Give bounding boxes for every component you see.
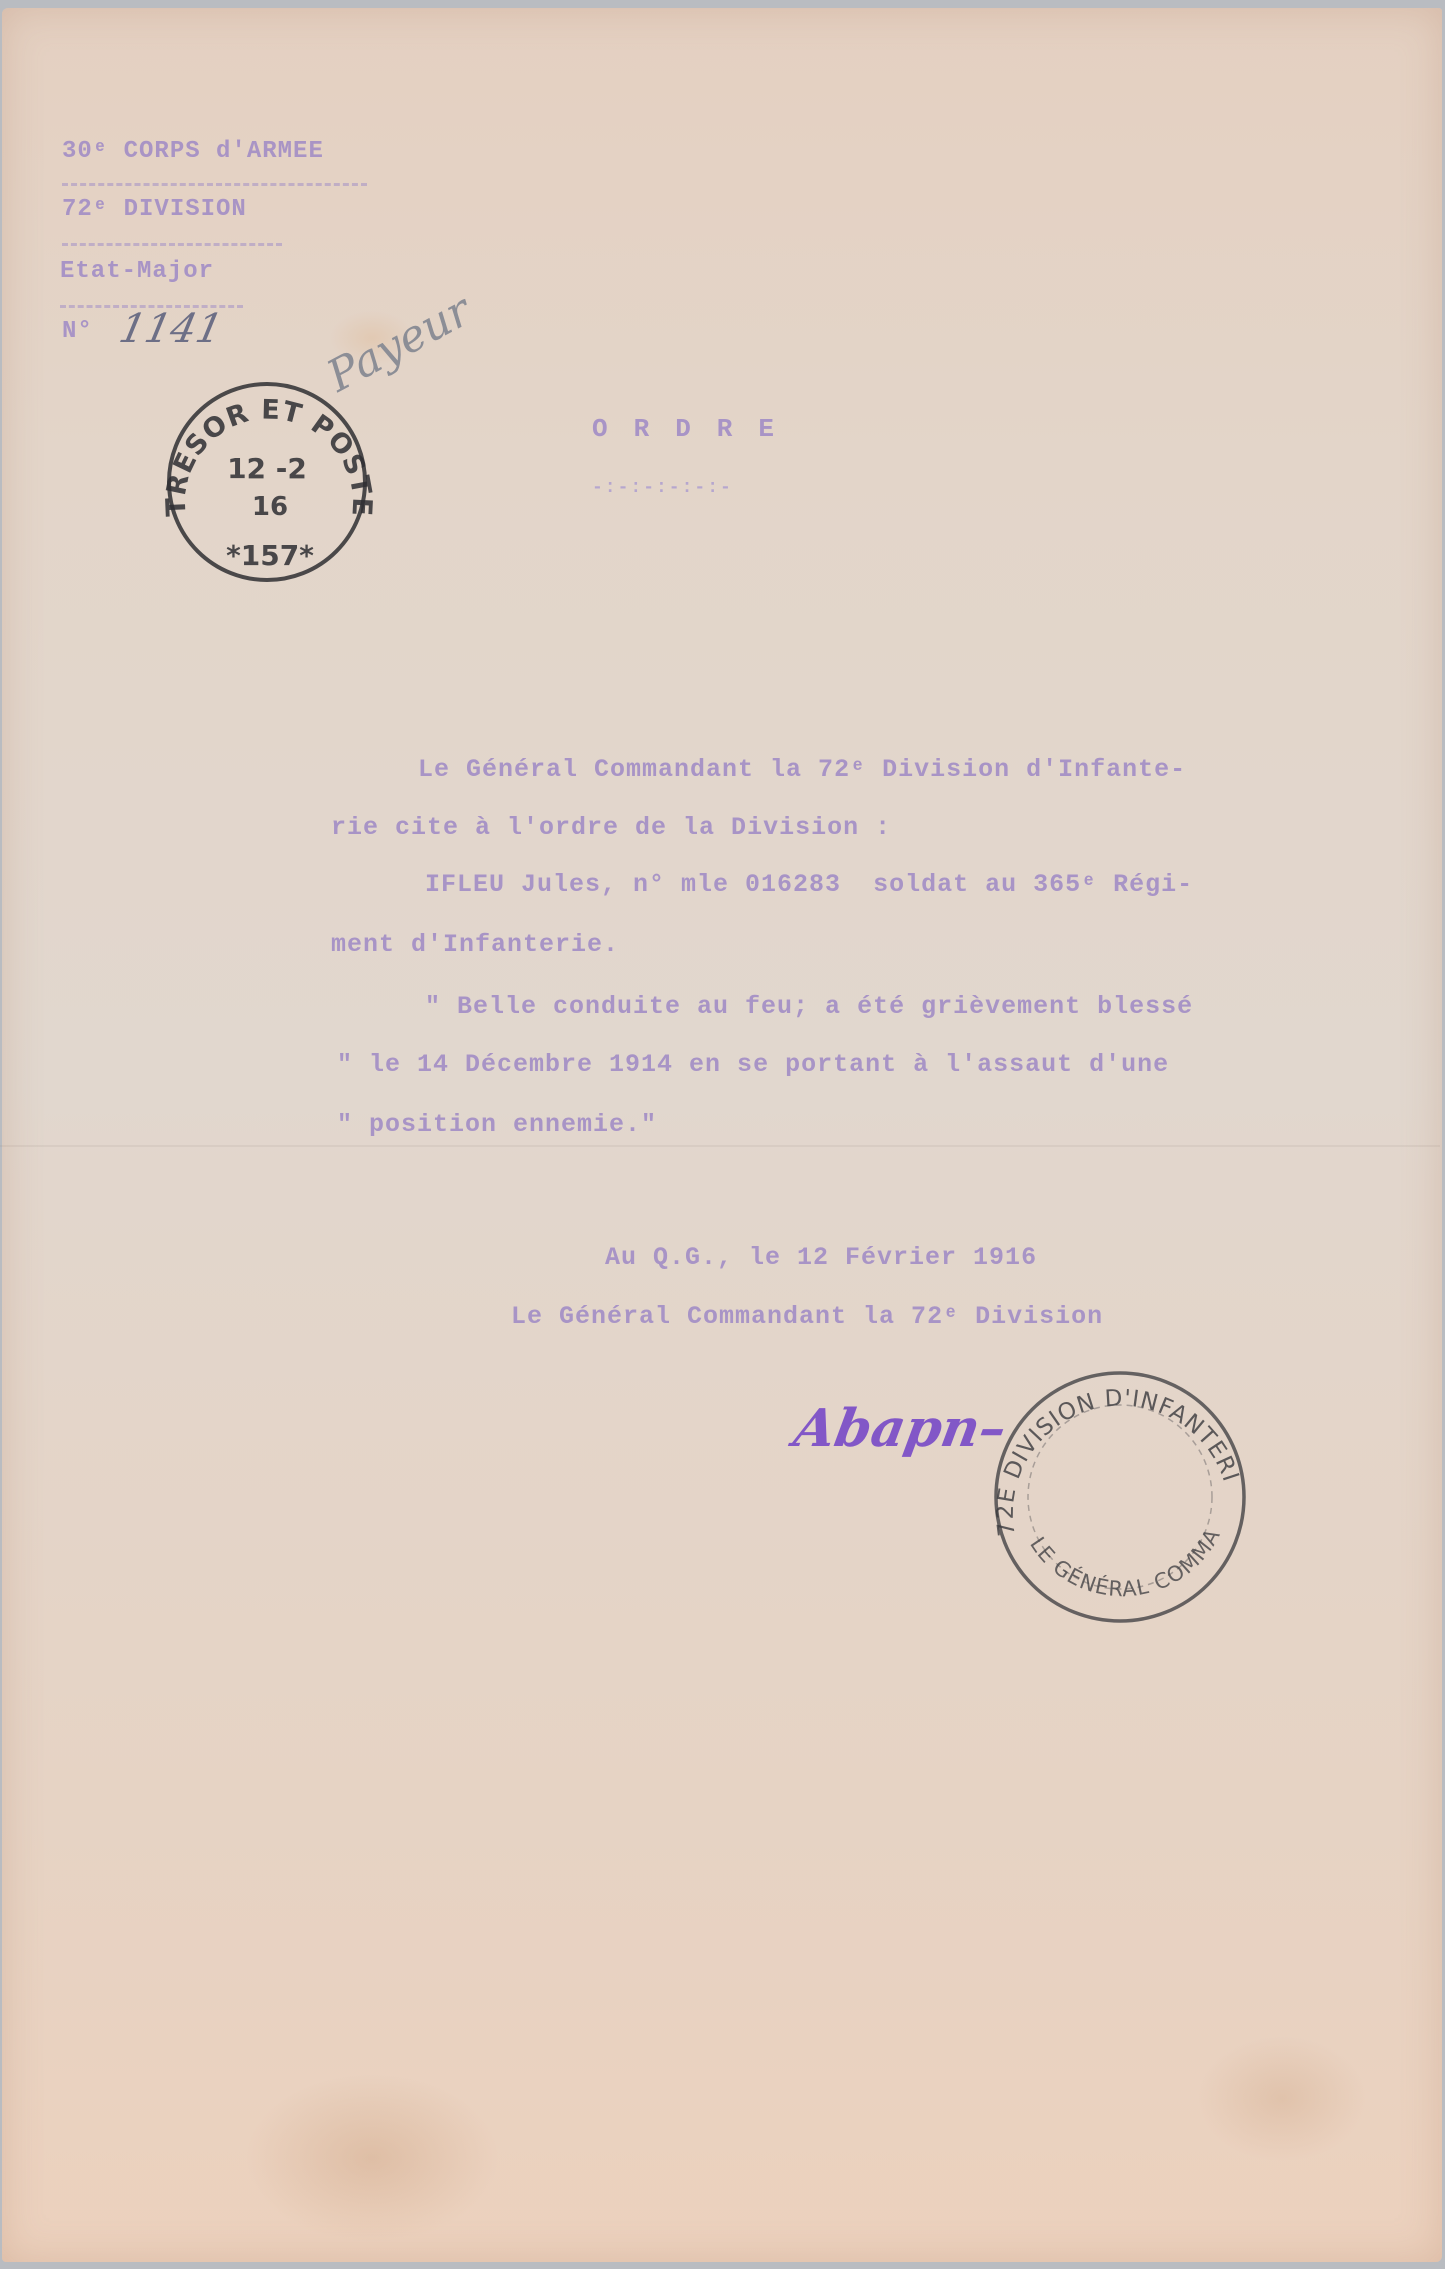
body-line-5: " Belle conduite au feu; a été grièvemen… — [425, 992, 1193, 1021]
svg-text:72E DIVISION D'INFANTERIE: 72E DIVISION D'INFANTERIE — [985, 1365, 1244, 1538]
header-corps: 30ᵉ CORPS d'ARMEE — [62, 138, 324, 165]
body-line-2: rie cite à l'ordre de la Division : — [331, 813, 891, 842]
handwritten-number: 1141 — [115, 306, 227, 352]
body-line-6: " le 14 Décembre 1914 en se portant à l'… — [337, 1050, 1169, 1079]
header-rule — [62, 183, 367, 186]
fold-line — [0, 1145, 1440, 1147]
body-line-4: ment d'Infanterie. — [331, 930, 619, 959]
document-title: ORDRE — [592, 414, 800, 444]
header-staff: Etat-Major — [60, 258, 214, 285]
division-stamp-icon: 72E DIVISION D'INFANTERIE LE GÉNÉRAL COM… — [985, 1365, 1255, 1630]
header-division: 72ᵉ DIVISION — [62, 196, 247, 223]
body-line-3: IFLEU Jules, n° mle 016283 soldat au 365… — [425, 870, 1193, 899]
title-ornament: -:-:-:-:-:- — [592, 478, 733, 498]
body-line-1: Le Général Commandant la 72ᵉ Division d'… — [418, 755, 1186, 784]
svg-text:12 -2: 12 -2 — [227, 452, 307, 485]
place-date: Au Q.G., le 12 Février 1916 — [605, 1243, 1037, 1272]
body-line-7: " position ennemie." — [337, 1110, 657, 1139]
header-rule — [62, 243, 282, 246]
signature: Abapn– — [790, 1398, 1011, 1459]
svg-text:*157*: *157* — [226, 539, 314, 572]
signatory-title: Le Général Commandant la 72ᵉ Division — [511, 1302, 1103, 1331]
svg-text:16: 16 — [252, 492, 288, 522]
header-number-label: N° — [62, 318, 93, 345]
postal-stamp-icon: TRESOR ET POSTES 12 -2 16 *157* — [160, 375, 375, 590]
